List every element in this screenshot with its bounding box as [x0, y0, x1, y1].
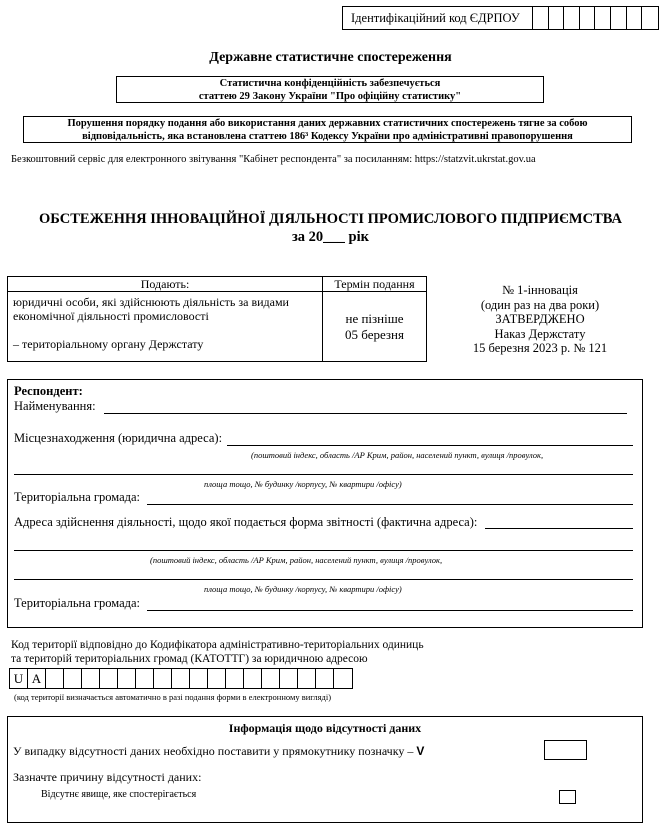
reason-option-checkbox[interactable] [559, 790, 576, 804]
respondent-section: Респондент: Найменування: Місцезнаходжен… [7, 379, 643, 628]
edrpou-digit-cell[interactable] [595, 7, 611, 29]
katottg-code-cell[interactable] [208, 669, 226, 688]
no-data-checkbox[interactable] [544, 740, 587, 760]
confidentiality-line-2: статтею 29 Закону України "Про офіційну … [117, 91, 543, 104]
order-label: Наказ Держстату [440, 327, 640, 342]
katottg-code-cell[interactable] [244, 669, 262, 688]
service-link-text: Безкоштовний сервіс для електронного зві… [11, 154, 536, 165]
absence-instruction: У випадку відсутності даних необхідно по… [13, 744, 424, 759]
katottg-code-cell[interactable] [82, 669, 100, 688]
data-absence-title: Інформація щодо відсутності даних [8, 721, 642, 736]
reason-label: Зазначте причину відсутності даних: [13, 770, 201, 785]
confidentiality-line-1: Статистична конфіденційність забезпечуєт… [117, 78, 543, 91]
confidentiality-notice: Статистична конфіденційність забезпечуєт… [116, 76, 544, 103]
legal-address-input-line-2[interactable] [14, 474, 633, 475]
order-date: 15 березня 2023 р. № 121 [440, 341, 640, 356]
deadline-line-1: не пізніше [328, 311, 421, 327]
katottg-code-cell[interactable]: A [28, 669, 46, 688]
katottg-code-cell[interactable] [190, 669, 208, 688]
katottg-code-cell[interactable] [46, 669, 64, 688]
katottg-code-cell[interactable] [262, 669, 280, 688]
submission-table: Подають: Термін подання юридичні особи, … [7, 276, 427, 362]
actual-address-input-line-3[interactable] [14, 579, 633, 580]
community-label: Територіальна громада: [14, 490, 140, 505]
deadline-cell: не пізніше 05 березня [323, 292, 427, 362]
edrpou-digit-cell[interactable] [580, 7, 596, 29]
deadline-line-2: 05 березня [328, 327, 421, 343]
katottg-code-cell[interactable] [298, 669, 316, 688]
legal-address-hint-2: площа тощо, № будинку /корпусу, № кварти… [204, 479, 402, 489]
edrpou-digit-cell[interactable] [549, 7, 565, 29]
katottg-code-cell[interactable] [64, 669, 82, 688]
submitters-line-1: юридичні особи, які здійснюють діяльніст… [13, 295, 317, 309]
katottg-code-cell[interactable] [100, 669, 118, 688]
edrpou-digit-cell[interactable] [564, 7, 580, 29]
katottg-hint: (код території визначається автоматично … [14, 692, 331, 702]
katottg-code-cell[interactable] [334, 669, 352, 688]
katottg-code-cell[interactable] [280, 669, 298, 688]
edrpou-code-field: Ідентифікаційний код ЄДРПОУ [342, 6, 659, 30]
column-header-term: Термін подання [323, 277, 427, 292]
community-input-line[interactable] [147, 504, 633, 505]
katottg-code-cell[interactable] [316, 669, 334, 688]
form-title-line-1: ОБСТЕЖЕННЯ ІННОВАЦІЙНОЇ ДІЯЛЬНОСТІ ПРОМИ… [0, 210, 661, 228]
respondent-heading: Респондент: [14, 384, 83, 399]
submitters-recipient: – територіальному органу Держстату [13, 337, 317, 351]
katottg-label: Код території відповідно до Кодифікатора… [11, 639, 424, 666]
edrpou-digit-cell[interactable] [627, 7, 643, 29]
form-title: ОБСТЕЖЕННЯ ІННОВАЦІЙНОЇ ДІЯЛЬНОСТІ ПРОМИ… [0, 210, 661, 246]
community-label-2: Територіальна громада: [14, 596, 140, 611]
legal-address-input-line[interactable] [227, 445, 633, 446]
violation-line-2: відповідальність, яка встановлена статте… [24, 131, 631, 144]
survey-type-heading: Державне статистичне спостереження [0, 50, 661, 66]
violation-line-1: Порушення порядку подання або використан… [24, 118, 631, 131]
form-title-year: за 20___ рік [0, 228, 661, 246]
actual-address-input-line-2[interactable] [14, 550, 633, 551]
katottg-code-cell[interactable] [154, 669, 172, 688]
reason-option-label: Відсутнє явище, яке спостерігається [41, 789, 196, 800]
approved-label: ЗАТВЕРДЖЕНО [440, 312, 640, 327]
submitters-line-2: економічної діяльності промисловості [13, 309, 317, 323]
edrpou-digit-cell[interactable] [533, 7, 549, 29]
community-input-line-2[interactable] [147, 610, 633, 611]
katottg-code-cell[interactable] [136, 669, 154, 688]
absence-instruction-text: У випадку відсутності даних необхідно по… [13, 744, 413, 758]
legal-address-hint-1: (поштовий індекс, область /АР Крим, райо… [251, 450, 543, 460]
name-input-line[interactable] [104, 413, 627, 414]
checkmark-symbol: V [416, 744, 424, 758]
submitters-cell: юридичні особи, які здійснюють діяльніст… [8, 292, 323, 362]
column-header-who: Подають: [8, 277, 323, 292]
katottg-label-line-1: Код території відповідно до Кодифікатора… [11, 639, 424, 653]
katottg-code-cell[interactable] [226, 669, 244, 688]
katottg-code-field: UA [9, 668, 353, 689]
katottg-code-cell[interactable] [118, 669, 136, 688]
edrpou-label: Ідентифікаційний код ЄДРПОУ [343, 7, 533, 29]
edrpou-digit-cell[interactable] [611, 7, 627, 29]
form-frequency: (один раз на два роки) [440, 298, 640, 313]
data-absence-section: Інформація щодо відсутності даних У випа… [7, 716, 643, 823]
actual-address-hint-2: площа тощо, № будинку /корпусу, № кварти… [204, 584, 402, 594]
katottg-code-cell[interactable] [172, 669, 190, 688]
actual-address-label: Адреса здійснення діяльності, щодо якої … [14, 515, 477, 530]
actual-address-input-line[interactable] [485, 528, 633, 529]
legal-address-label: Місцезнаходження (юридична адреса): [14, 431, 222, 446]
actual-address-hint-1: (поштовий індекс, область /АР Крим, райо… [150, 555, 442, 565]
form-number: № 1-інновація [440, 283, 640, 298]
edrpou-digit-cell[interactable] [642, 7, 658, 29]
katottg-code-cell[interactable]: U [10, 669, 28, 688]
approval-block: № 1-інновація (один раз на два роки) ЗАТ… [440, 283, 640, 356]
katottg-label-line-2: та територій територіальних громад (КАТО… [11, 653, 424, 667]
violation-notice: Порушення порядку подання або використан… [23, 116, 632, 143]
name-label: Найменування: [14, 399, 96, 414]
